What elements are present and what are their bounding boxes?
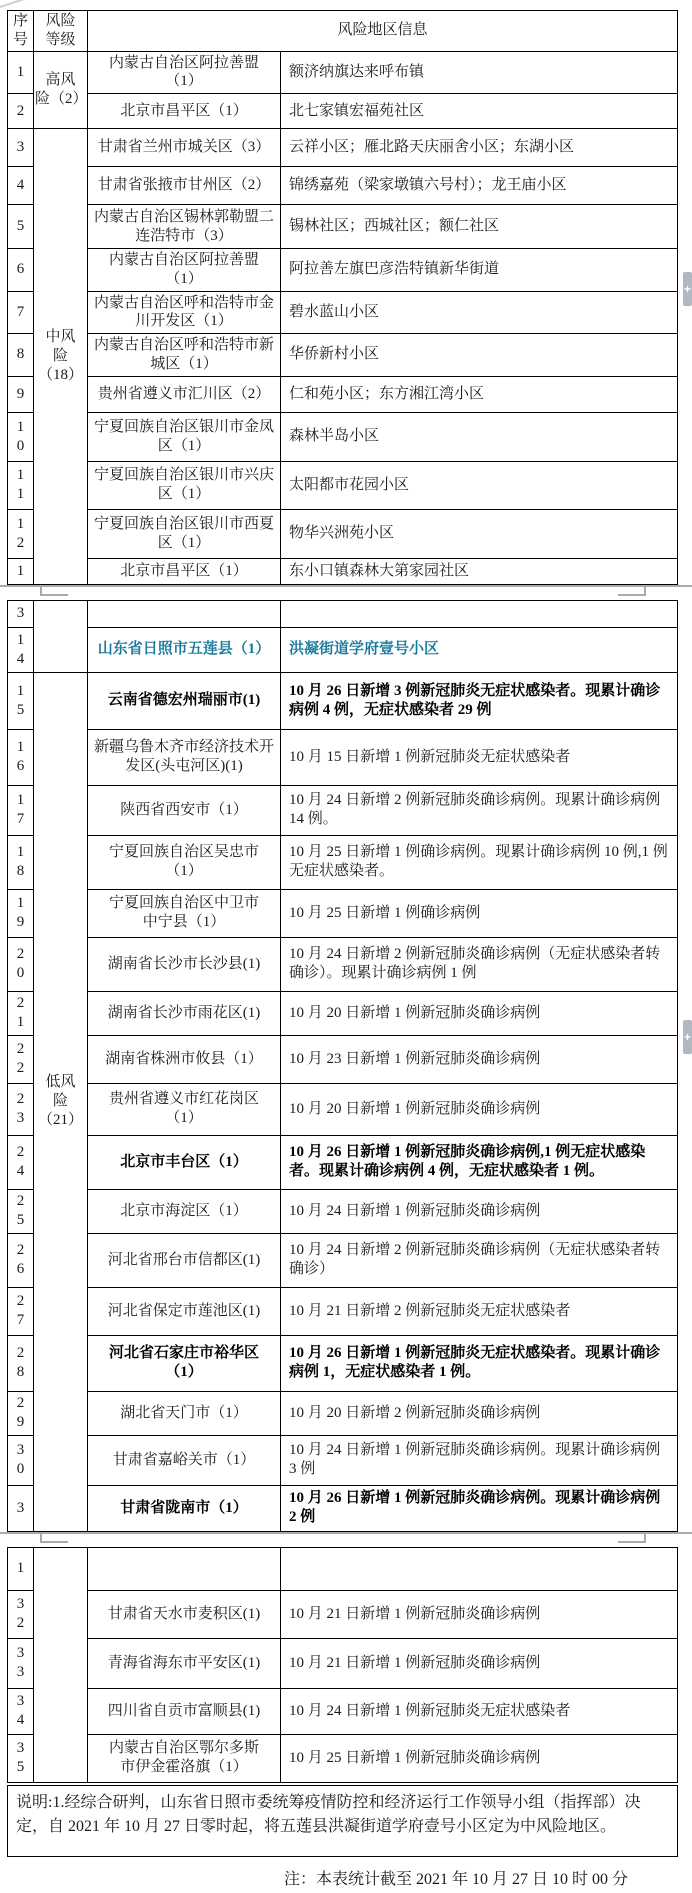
cell-region-info: 碧水蓝山小区 [281, 291, 678, 334]
cell-serial-number: 3 2 [8, 1590, 34, 1638]
cell-region-info [281, 1547, 678, 1590]
cell-region-name: 北京市昌平区（1） [88, 94, 281, 129]
stitch-notch-right [618, 587, 646, 596]
table-row: 2 4北京市丰台区（1）10 月 26 日新增 1 例新冠肺炎确诊病例,1 例无… [8, 1135, 678, 1189]
cell-region-info: 洪凝街道学府壹号小区 [281, 627, 678, 672]
cell-region-info: 10 月 26 日新增 1 例新冠肺炎确诊病例。现累计确诊病例 2 例 [281, 1485, 678, 1531]
table-row: 3中风 险 （18）甘肃省兰州市城关区（3）云祥小区；雁北路天庆丽舍小区；东湖小… [8, 129, 678, 167]
cell-serial-number: 3 5 [8, 1734, 34, 1782]
cell-region-name [88, 1547, 281, 1590]
header-serial: 序 号 [8, 11, 34, 52]
cell-region-info: 太阳都市花园小区 [281, 461, 678, 509]
cell-region-name: 北京市昌平区（1） [88, 558, 281, 584]
table-row: 5内蒙古自治区锡林郭勒盟二连浩特市（3）锡林社区；西城社区；额仁社区 [8, 205, 678, 249]
cell-region-info: 10 月 26 日新增 1 例新冠肺炎无症状感染者。现累计确诊病例 1，无症状感… [281, 1335, 678, 1391]
cell-region-info: 额济纳旗达来呼布镇 [281, 51, 678, 94]
table-row: 1北京市昌平区（1）东小口镇森林大第家园社区 [8, 558, 678, 584]
stitch-divider-1 [0, 585, 692, 600]
table-row: 1 7陕西省西安市（1）10 月 24 日新增 2 例新冠肺炎确诊病例。现累计确… [8, 785, 678, 835]
cell-region-name: 河北省石家庄市裕华区 （1） [88, 1335, 281, 1391]
table-row: 1 [8, 1547, 678, 1590]
cell-region-name: 陕西省西安市（1） [88, 785, 281, 835]
table-row: 2 5北京市海淀区（1）10 月 24 日新增 1 例新冠肺炎确诊病例 [8, 1189, 678, 1233]
cell-serial-number: 4 [8, 167, 34, 205]
table-row: 2 0湖南省长沙市长沙县(1)10 月 24 日新增 2 例新冠肺炎确诊病例（无… [8, 937, 678, 991]
table-section-3-wrap: 13 2甘肃省天水市麦积区(1)10 月 21 日新增 1 例新冠肺炎确诊病例3… [7, 1547, 678, 1783]
cell-region-name: 内蒙古自治区阿拉善盟 （1） [88, 249, 281, 292]
cell-region-name: 内蒙古自治区锡林郭勒盟二连浩特市（3） [88, 205, 281, 249]
table-row: 4甘肃省张掖市甘州区（2）锦绣嘉苑（梁家墩镇六号村）；龙王庙小区 [8, 167, 678, 205]
cell-region-info: 10 月 25 日新增 1 例新冠肺炎确诊病例 [281, 1734, 678, 1782]
cell-region-info: 10 月 15 日新增 1 例新冠肺炎无症状感染者 [281, 729, 678, 785]
cell-region-info: 10 月 21 日新增 1 例新冠肺炎确诊病例 [281, 1638, 678, 1688]
table-row: 3 5内蒙古自治区鄂尔多斯 市伊金霍洛旗（1）10 月 25 日新增 1 例新冠… [8, 1734, 678, 1782]
stitch-divider-2 [0, 1532, 692, 1547]
cell-region-name: 北京市丰台区（1） [88, 1135, 281, 1189]
cell-region-name: 宁夏回族自治区中卫市 中宁县（1） [88, 889, 281, 937]
cell-region-name: 湖南省株洲市攸县（1） [88, 1035, 281, 1083]
cell-region-name: 宁夏回族自治区吴忠市 （1） [88, 835, 281, 889]
cell-region-info: 10 月 23 日新增 1 例新冠肺炎确诊病例 [281, 1035, 678, 1083]
cell-region-name: 内蒙古自治区鄂尔多斯 市伊金霍洛旗（1） [88, 1734, 281, 1782]
cell-region-name: 贵州省遵义市汇川区（2） [88, 376, 281, 412]
table-row: 6内蒙古自治区阿拉善盟 （1）阿拉善左旗巴彦浩特镇新华街道 [8, 249, 678, 292]
cell-serial-number: 2 [8, 94, 34, 129]
cell-region-info: 10 月 26 日新增 3 例新冠肺炎无症状感染者。现累计确诊病例 4 例，无症… [281, 672, 678, 729]
table-row: 2 6河北省邢台市信都区(1)10 月 24 日新增 2 例新冠肺炎确诊病例（无… [8, 1233, 678, 1287]
table-row: 1 8宁夏回族自治区吴忠市 （1）10 月 25 日新增 1 例确诊病例。现累计… [8, 835, 678, 889]
cell-serial-number: 6 [8, 249, 34, 292]
cell-serial-number: 9 [8, 376, 34, 412]
table-row: 3 4四川省自贡市富顺县(1)10 月 24 日新增 1 例新冠肺炎无症状感染者 [8, 1688, 678, 1734]
cell-serial-number: 1 7 [8, 785, 34, 835]
table-row: 3 2甘肃省天水市麦积区(1)10 月 21 日新增 1 例新冠肺炎确诊病例 [8, 1590, 678, 1638]
risk-table-section-2: 31 4山东省日照市五莲县（1）洪凝街道学府壹号小区1 5低风 险 （21）云南… [7, 600, 678, 1532]
cell-region-name: 四川省自贡市富顺县(1) [88, 1688, 281, 1734]
cell-risk-level [34, 1547, 88, 1782]
cell-region-info: 10 月 20 日新增 2 例新冠肺炎确诊病例 [281, 1391, 678, 1435]
table-row: 2 2湖南省株洲市攸县（1）10 月 23 日新增 1 例新冠肺炎确诊病例 [8, 1035, 678, 1083]
cell-serial-number: 2 1 [8, 991, 34, 1035]
cell-region-name: 新疆乌鲁木齐市经济技术开发区(头屯河区)(1) [88, 729, 281, 785]
cell-region-name: 云南省德宏州瑞丽市(1) [88, 672, 281, 729]
risk-table-section-1: 序 号风险 等级风险地区信息1高风 险（2）内蒙古自治区阿拉善盟 （1）额济纳旗… [7, 10, 678, 585]
cell-serial-number: 1 9 [8, 889, 34, 937]
table-row: 1 9宁夏回族自治区中卫市 中宁县（1）10 月 25 日新增 1 例确诊病例 [8, 889, 678, 937]
table-row: 3甘肃省陇南市（1）10 月 26 日新增 1 例新冠肺炎确诊病例。现累计确诊病… [8, 1485, 678, 1531]
cell-region-name: 湖北省天门市（1） [88, 1391, 281, 1435]
cell-region-info: 森林半岛小区 [281, 412, 678, 461]
cell-region-info: 东小口镇森林大第家园社区 [281, 558, 678, 584]
cell-serial-number: 7 [8, 291, 34, 334]
cell-region-info: 10 月 24 日新增 1 例新冠肺炎无症状感染者 [281, 1688, 678, 1734]
cell-region-info: 北七家镇宏福苑社区 [281, 94, 678, 129]
cell-serial-number: 5 [8, 205, 34, 249]
table-row: 1 6新疆乌鲁木齐市经济技术开发区(头屯河区)(1)10 月 15 日新增 1 … [8, 729, 678, 785]
cell-serial-number: 2 4 [8, 1135, 34, 1189]
cell-region-info: 10 月 24 日新增 2 例新冠肺炎确诊病例（无症状感染者转确诊） [281, 1233, 678, 1287]
cell-serial-number: 3 0 [8, 1435, 34, 1485]
cell-region-name: 湖南省长沙市长沙县(1) [88, 937, 281, 991]
scroll-plus-button[interactable]: + [683, 1020, 692, 1054]
cell-region-info: 阿拉善左旗巴彦浩特镇新华街道 [281, 249, 678, 292]
table-row: 2北京市昌平区（1）北七家镇宏福苑社区 [8, 94, 678, 129]
cell-region-name: 北京市海淀区（1） [88, 1189, 281, 1233]
cell-region-name: 甘肃省天水市麦积区(1) [88, 1590, 281, 1638]
cell-region-name: 甘肃省陇南市（1） [88, 1485, 281, 1531]
cell-serial-number: 3 [8, 600, 34, 627]
table-row: 3 [8, 600, 678, 627]
cell-serial-number: 3 [8, 129, 34, 167]
table-section-2-wrap: 31 4山东省日照市五莲县（1）洪凝街道学府壹号小区1 5低风 险 （21）云南… [7, 600, 678, 1532]
note-text: 说明:1.经综合研判，山东省日照市委统筹疫情防控和经济运行工作领导小组（指挥部）… [16, 1794, 640, 1836]
table-row: 2 7河北省保定市莲池区(1)10 月 21 日新增 2 例新冠肺炎无症状感染者 [8, 1287, 678, 1335]
cell-region-name: 青海省海东市平安区(1) [88, 1638, 281, 1688]
cell-serial-number: 2 8 [8, 1335, 34, 1391]
stitch-notch-left [40, 587, 68, 596]
cell-region-info: 仁和苑小区；东方湘江湾小区 [281, 376, 678, 412]
cell-region-info: 10 月 24 日新增 2 例新冠肺炎确诊病例。现累计确诊病例 14 例。 [281, 785, 678, 835]
cell-region-name: 宁夏回族自治区银川市西夏区（1） [88, 509, 281, 558]
cell-serial-number: 2 0 [8, 937, 34, 991]
cell-region-info: 10 月 25 日新增 1 例确诊病例。现累计确诊病例 10 例,1 例无症状感… [281, 835, 678, 889]
cell-serial-number: 1 2 [8, 509, 34, 558]
cell-region-info: 锦绣嘉苑（梁家墩镇六号村）；龙王庙小区 [281, 167, 678, 205]
cell-region-info [281, 600, 678, 627]
table-section-1-wrap: 序 号风险 等级风险地区信息1高风 险（2）内蒙古自治区阿拉善盟 （1）额济纳旗… [7, 0, 678, 585]
cell-serial-number: 1 1 [8, 461, 34, 509]
table-row: 1 2宁夏回族自治区银川市西夏区（1）物华兴洲苑小区 [8, 509, 678, 558]
cell-region-name: 甘肃省嘉峪关市（1） [88, 1435, 281, 1485]
stitch-line [0, 585, 692, 587]
cell-region-name: 河北省邢台市信都区(1) [88, 1233, 281, 1287]
cell-serial-number: 2 3 [8, 1083, 34, 1135]
cell-region-info: 物华兴洲苑小区 [281, 509, 678, 558]
table-row: 1 0宁夏回族自治区银川市金凤区（1）森林半岛小区 [8, 412, 678, 461]
cell-region-info: 华侨新村小区 [281, 334, 678, 377]
table-row: 2 3贵州省遵义市红花岗区 （1）10 月 20 日新增 1 例新冠肺炎确诊病例 [8, 1083, 678, 1135]
cell-region-info: 10 月 25 日新增 1 例确诊病例 [281, 889, 678, 937]
cell-serial-number: 2 2 [8, 1035, 34, 1083]
cell-serial-number: 1 0 [8, 412, 34, 461]
cell-region-name [88, 600, 281, 627]
table-row: 3 0甘肃省嘉峪关市（1）10 月 24 日新增 1 例新冠肺炎确诊病例。现累计… [8, 1435, 678, 1485]
cell-serial-number: 8 [8, 334, 34, 377]
cell-serial-number: 3 4 [8, 1688, 34, 1734]
cell-region-info: 10 月 21 日新增 1 例新冠肺炎确诊病例 [281, 1590, 678, 1638]
cell-serial-number: 1 5 [8, 672, 34, 729]
note-box: 说明:1.经综合研判，山东省日照市委统筹疫情防控和经济运行工作领导小组（指挥部）… [7, 1785, 678, 1857]
header-risk-area-info: 风险地区信息 [88, 11, 678, 52]
cell-serial-number: 1 4 [8, 627, 34, 672]
table-row: 1 4山东省日照市五莲县（1）洪凝街道学府壹号小区 [8, 627, 678, 672]
cell-region-info: 10 月 26 日新增 1 例新冠肺炎确诊病例,1 例无症状感染者。现累计确诊病… [281, 1135, 678, 1189]
footer-note: 注：本表统计截至 2021 年 10 月 27 日 10 时 00 分 [7, 1866, 678, 1889]
cell-region-info: 10 月 20 日新增 1 例新冠肺炎确诊病例 [281, 1083, 678, 1135]
header-risk-level: 风险 等级 [34, 11, 88, 52]
cell-serial-number: 2 9 [8, 1391, 34, 1435]
cell-serial-number: 1 6 [8, 729, 34, 785]
table-row: 1 1宁夏回族自治区银川市兴庆区（1）太阳都市花园小区 [8, 461, 678, 509]
cell-region-info: 10 月 24 日新增 1 例新冠肺炎确诊病例 [281, 1189, 678, 1233]
cell-risk-level [34, 600, 88, 672]
scroll-plus-button[interactable]: + [683, 272, 692, 306]
cell-serial-number: 1 8 [8, 835, 34, 889]
cell-region-name: 宁夏回族自治区银川市金凤区（1） [88, 412, 281, 461]
cell-serial-number: 2 7 [8, 1287, 34, 1335]
cell-region-info: 锡林社区；西城社区；额仁社区 [281, 205, 678, 249]
risk-table-section-3: 13 2甘肃省天水市麦积区(1)10 月 21 日新增 1 例新冠肺炎确诊病例3… [7, 1547, 678, 1783]
cell-risk-level: 低风 险 （21） [34, 672, 88, 1531]
cell-region-name: 内蒙古自治区阿拉善盟 （1） [88, 51, 281, 94]
table-row: 3 3青海省海东市平安区(1)10 月 21 日新增 1 例新冠肺炎确诊病例 [8, 1638, 678, 1688]
cell-serial-number: 1 [8, 558, 34, 584]
cell-serial-number: 1 [8, 51, 34, 94]
cell-region-name: 贵州省遵义市红花岗区 （1） [88, 1083, 281, 1135]
table-header-row: 序 号风险 等级风险地区信息 [8, 11, 678, 52]
table-row: 8内蒙古自治区呼和浩特市新城区（1）华侨新村小区 [8, 334, 678, 377]
stitch-notch-right [618, 1534, 646, 1543]
cell-region-name: 内蒙古自治区呼和浩特市新城区（1） [88, 334, 281, 377]
cell-risk-level: 高风 险（2） [34, 51, 88, 129]
cell-region-name: 河北省保定市莲池区(1) [88, 1287, 281, 1335]
cell-region-name: 宁夏回族自治区银川市兴庆区（1） [88, 461, 281, 509]
cell-region-info: 10 月 24 日新增 2 例新冠肺炎确诊病例（无症状感染者转确诊）。现累计确诊… [281, 937, 678, 991]
stitch-notch-left [40, 1534, 68, 1543]
cell-region-info: 10 月 21 日新增 2 例新冠肺炎无症状感染者 [281, 1287, 678, 1335]
table-row: 9贵州省遵义市汇川区（2）仁和苑小区；东方湘江湾小区 [8, 376, 678, 412]
cell-region-info: 云祥小区；雁北路天庆丽舍小区；东湖小区 [281, 129, 678, 167]
cell-region-name: 甘肃省张掖市甘州区（2） [88, 167, 281, 205]
stitch-line [0, 1532, 692, 1534]
cell-region-name: 甘肃省兰州市城关区（3） [88, 129, 281, 167]
table-row: 2 8河北省石家庄市裕华区 （1）10 月 26 日新增 1 例新冠肺炎无症状感… [8, 1335, 678, 1391]
table-row: 2 1湖南省长沙市雨花区(1)10 月 20 日新增 1 例新冠肺炎确诊病例 [8, 991, 678, 1035]
cell-serial-number: 3 3 [8, 1638, 34, 1688]
table-row: 2 9湖北省天门市（1）10 月 20 日新增 2 例新冠肺炎确诊病例 [8, 1391, 678, 1435]
cell-region-name: 山东省日照市五莲县（1） [88, 627, 281, 672]
cell-region-name: 湖南省长沙市雨花区(1) [88, 991, 281, 1035]
cell-serial-number: 2 5 [8, 1189, 34, 1233]
cell-serial-number: 2 6 [8, 1233, 34, 1287]
table-row: 1高风 险（2）内蒙古自治区阿拉善盟 （1）额济纳旗达来呼布镇 [8, 51, 678, 94]
cell-serial-number: 3 [8, 1485, 34, 1531]
cell-region-name: 内蒙古自治区呼和浩特市金川开发区（1） [88, 291, 281, 334]
cell-region-info: 10 月 24 日新增 1 例新冠肺炎确诊病例。现累计确诊病例 3 例 [281, 1435, 678, 1485]
risk-area-table-page: 序 号风险 等级风险地区信息1高风 险（2）内蒙古自治区阿拉善盟 （1）额济纳旗… [0, 0, 692, 1893]
cell-region-info: 10 月 20 日新增 1 例新冠肺炎确诊病例 [281, 991, 678, 1035]
table-row: 7内蒙古自治区呼和浩特市金川开发区（1）碧水蓝山小区 [8, 291, 678, 334]
cell-serial-number: 1 [8, 1547, 34, 1590]
cell-risk-level: 中风 险 （18） [34, 129, 88, 585]
table-row: 1 5低风 险 （21）云南省德宏州瑞丽市(1)10 月 26 日新增 3 例新… [8, 672, 678, 729]
